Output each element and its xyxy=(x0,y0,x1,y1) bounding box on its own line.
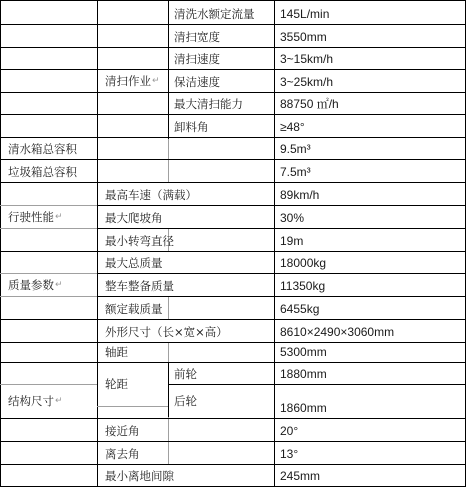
param-value: 3~15km/h xyxy=(274,47,465,69)
param-label: 最大总质量 xyxy=(97,251,274,273)
value-text: 9.5m³ xyxy=(280,142,311,156)
param-label: 离去角 xyxy=(97,441,168,464)
label-text: 整车整备质量 xyxy=(105,279,174,293)
param-label: 额定载质量 xyxy=(97,296,274,319)
param-value: 3~25km/h xyxy=(274,69,465,92)
value-text: 7.5m³ xyxy=(280,165,311,179)
param-label: 最大清扫能力 xyxy=(168,92,274,114)
param-label: 清扫宽度 xyxy=(168,24,274,47)
row-line xyxy=(97,406,168,407)
group-structure: 结构尺寸↵ xyxy=(0,384,97,418)
param-label: 清洗水额定流量 xyxy=(168,0,274,24)
label-text: 保洁速度 xyxy=(174,75,220,89)
value-text: 6455kg xyxy=(280,302,319,316)
value-text: 145L/min xyxy=(280,7,329,21)
param-value: 6455kg xyxy=(274,296,465,319)
group-cleaning: 清扫作业↵ xyxy=(97,69,168,92)
label-text: 清洗水额定流量 xyxy=(174,7,255,21)
param-label: 轮距 xyxy=(97,362,168,406)
value-text: 5300mm xyxy=(280,345,327,359)
label-text: 垃圾箱总容积 xyxy=(8,165,77,179)
param-label: 轴距 xyxy=(97,342,168,362)
param-value: ≥48° xyxy=(274,114,465,137)
paragraph-mark: ↵ xyxy=(55,394,63,408)
value-text: 1880mm xyxy=(280,367,327,381)
value-text: 3550mm xyxy=(280,30,327,44)
label-text: 接近角 xyxy=(105,424,140,438)
value-text: 3~15km/h xyxy=(280,52,333,66)
label-text: 前轮 xyxy=(174,367,197,381)
param-value: 11350kg xyxy=(274,273,465,296)
label-text: 最小离地间隙 xyxy=(105,469,174,483)
param-label: 清扫速度 xyxy=(168,47,274,69)
value-text: ≥48° xyxy=(280,120,305,134)
param-label: 前轮 xyxy=(168,362,274,384)
param-label: 最大爬坡角 xyxy=(97,205,274,228)
param-value: 89km/h xyxy=(274,182,465,205)
param-label: 外形尺寸（长×宽×高） xyxy=(97,319,274,342)
paragraph-mark: ↵ xyxy=(55,278,63,292)
value-text: 20° xyxy=(280,424,298,438)
value-text: 13° xyxy=(280,447,298,461)
label-text: 最小转弯直径 xyxy=(105,234,174,248)
param-value: 30% xyxy=(274,205,465,228)
label-text: 清扫速度 xyxy=(174,52,220,66)
label-text: 卸料角 xyxy=(174,120,209,134)
group-mass: 质量参数↵ xyxy=(0,273,97,296)
value-text: 18000kg xyxy=(280,256,326,270)
param-value: 1860mm xyxy=(274,384,465,418)
param-value: 8610×2490×3060mm xyxy=(274,319,465,342)
group-label: 清扫作业 xyxy=(105,74,151,88)
param-label: 最高车速（满载） xyxy=(97,182,274,205)
label-text: 清水箱总容积 xyxy=(8,142,77,156)
label-text: 最大总质量 xyxy=(105,256,163,270)
value-text: 19m xyxy=(280,234,303,248)
param-value: 13° xyxy=(274,441,465,464)
param-value: 7.5m³ xyxy=(274,159,465,182)
label-text: 最高车速（满载） xyxy=(105,188,197,202)
col-divider-2-d xyxy=(168,342,169,362)
group-label: 质量参数 xyxy=(8,278,54,292)
param-value: 1880mm xyxy=(274,362,465,384)
param-value: 20° xyxy=(274,418,465,441)
param-value: 88750 ㎡/h xyxy=(274,92,465,114)
row-line xyxy=(0,228,97,229)
param-label: 接近角 xyxy=(97,418,168,441)
label-text: 清扫宽度 xyxy=(174,30,220,44)
param-value: 18000kg xyxy=(274,251,465,273)
param-label: 清水箱总容积 xyxy=(0,137,97,159)
label-text: 离去角 xyxy=(105,447,140,461)
value-text: 88750 ㎡/h xyxy=(280,97,339,111)
value-text: 3~25km/h xyxy=(280,75,333,89)
spec-table: 清扫作业↵ 行驶性能↵ 质量参数↵ 结构尺寸↵ 清洗水额定流量 清扫宽度 清扫速… xyxy=(0,0,466,487)
value-text: 11350kg xyxy=(280,279,325,293)
col-divider-2-tank xyxy=(168,139,169,182)
param-label: 垃圾箱总容积 xyxy=(0,159,97,182)
param-label: 保洁速度 xyxy=(168,69,274,92)
label-text: 轮距 xyxy=(105,377,128,391)
param-value: 19m xyxy=(274,228,465,251)
group-driving: 行驶性能↵ xyxy=(0,205,97,228)
param-value: 5300mm xyxy=(274,342,465,362)
label-text: 后轮 xyxy=(174,394,197,408)
paragraph-mark: ↵ xyxy=(152,74,160,88)
label-text: 轴距 xyxy=(105,345,128,359)
group-label: 结构尺寸 xyxy=(8,394,54,408)
param-value: 9.5m³ xyxy=(274,137,465,159)
param-label: 卸料角 xyxy=(168,114,274,137)
value-text: 245mm xyxy=(280,469,320,483)
param-value: 145L/min xyxy=(274,0,465,24)
group-label: 行驶性能 xyxy=(8,210,54,224)
param-label: 后轮 xyxy=(168,384,274,418)
label-text: 外形尺寸（长×宽×高） xyxy=(105,325,228,339)
param-value: 3550mm xyxy=(274,24,465,47)
param-label: 最小转弯直径 xyxy=(97,228,274,251)
label-text: 最大清扫能力 xyxy=(174,97,243,111)
value-text: 1860mm xyxy=(280,401,327,415)
paragraph-mark: ↵ xyxy=(55,210,63,224)
param-label: 整车整备质量 xyxy=(97,273,274,296)
label-text: 额定载质量 xyxy=(105,302,163,316)
row-line xyxy=(0,296,97,297)
param-label: 最小离地间隙 xyxy=(97,464,274,486)
label-text: 最大爬坡角 xyxy=(105,211,163,225)
param-value: 245mm xyxy=(274,464,465,486)
value-text: 89km/h xyxy=(280,188,319,202)
value-text: 30% xyxy=(280,211,304,225)
value-text: 8610×2490×3060mm xyxy=(280,325,394,339)
